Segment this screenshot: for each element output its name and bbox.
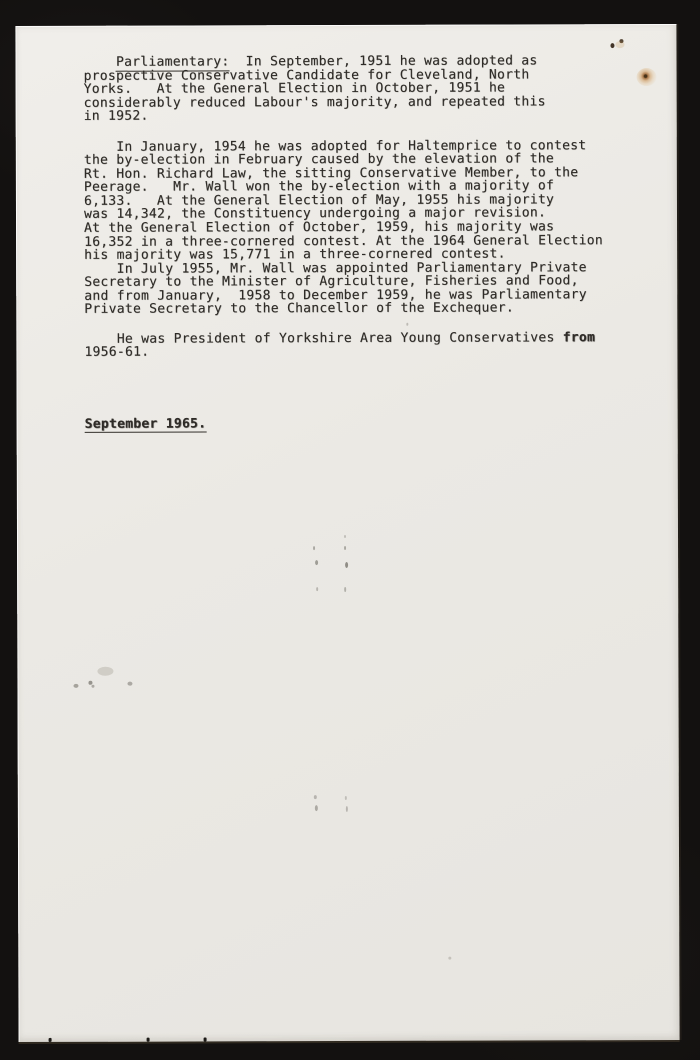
paper-speck (314, 795, 317, 799)
paper-speck (610, 43, 614, 48)
paper-speck (313, 546, 315, 550)
text-segment: from (563, 330, 595, 345)
paper-speck (127, 682, 132, 686)
text-segment: considerably reduced Labour's majority, … (84, 94, 546, 110)
text-line: 1956-61. (84, 344, 661, 359)
scanner-background: Parliamentary: In September, 1951 he was… (0, 0, 700, 1060)
text-line: He was President of Yorkshire Area Young… (84, 331, 661, 346)
paper-speck (346, 806, 348, 812)
text-segment: 1956-61. (84, 345, 149, 360)
paper-speck (615, 41, 624, 48)
date-line: September 1965. (85, 416, 662, 431)
text-segment: He was President of Yorkshire Area Young… (84, 330, 562, 347)
para-cleveland: Parliamentary: In September, 1951 he was… (83, 54, 660, 124)
text-segment: Private Secretary to the Chancellor of t… (84, 301, 514, 317)
paper-speck (344, 535, 346, 538)
paper-speck (316, 587, 318, 591)
underlined-text: September 1965. (85, 416, 207, 433)
text-line: Private Secretary to the Chancellor of t… (84, 301, 661, 316)
edge-mark (147, 1038, 150, 1042)
paper-speck (406, 323, 408, 326)
paper-speck (345, 562, 348, 568)
paper-speck (315, 560, 318, 565)
para-young-conservatives: He was President of Yorkshire Area Young… (84, 331, 661, 360)
paper-speck (448, 957, 451, 960)
paper-speck (91, 685, 94, 688)
paper-speck (97, 667, 113, 676)
text-segment: in 1952. (84, 109, 149, 124)
paper-speck (345, 796, 347, 800)
paper-speck (344, 587, 346, 592)
document-page: Parliamentary: In September, 1951 he was… (15, 24, 679, 1042)
para-haltemprice: In January, 1954 he was adopted for Halt… (84, 139, 662, 317)
paper-speck (315, 805, 318, 811)
rust-stain (637, 68, 657, 86)
document-text: Parliamentary: In September, 1951 he was… (83, 54, 661, 431)
edge-mark (49, 1038, 52, 1042)
edge-mark (204, 1037, 207, 1041)
paper-speck (73, 684, 78, 688)
paper-speck (344, 546, 346, 550)
